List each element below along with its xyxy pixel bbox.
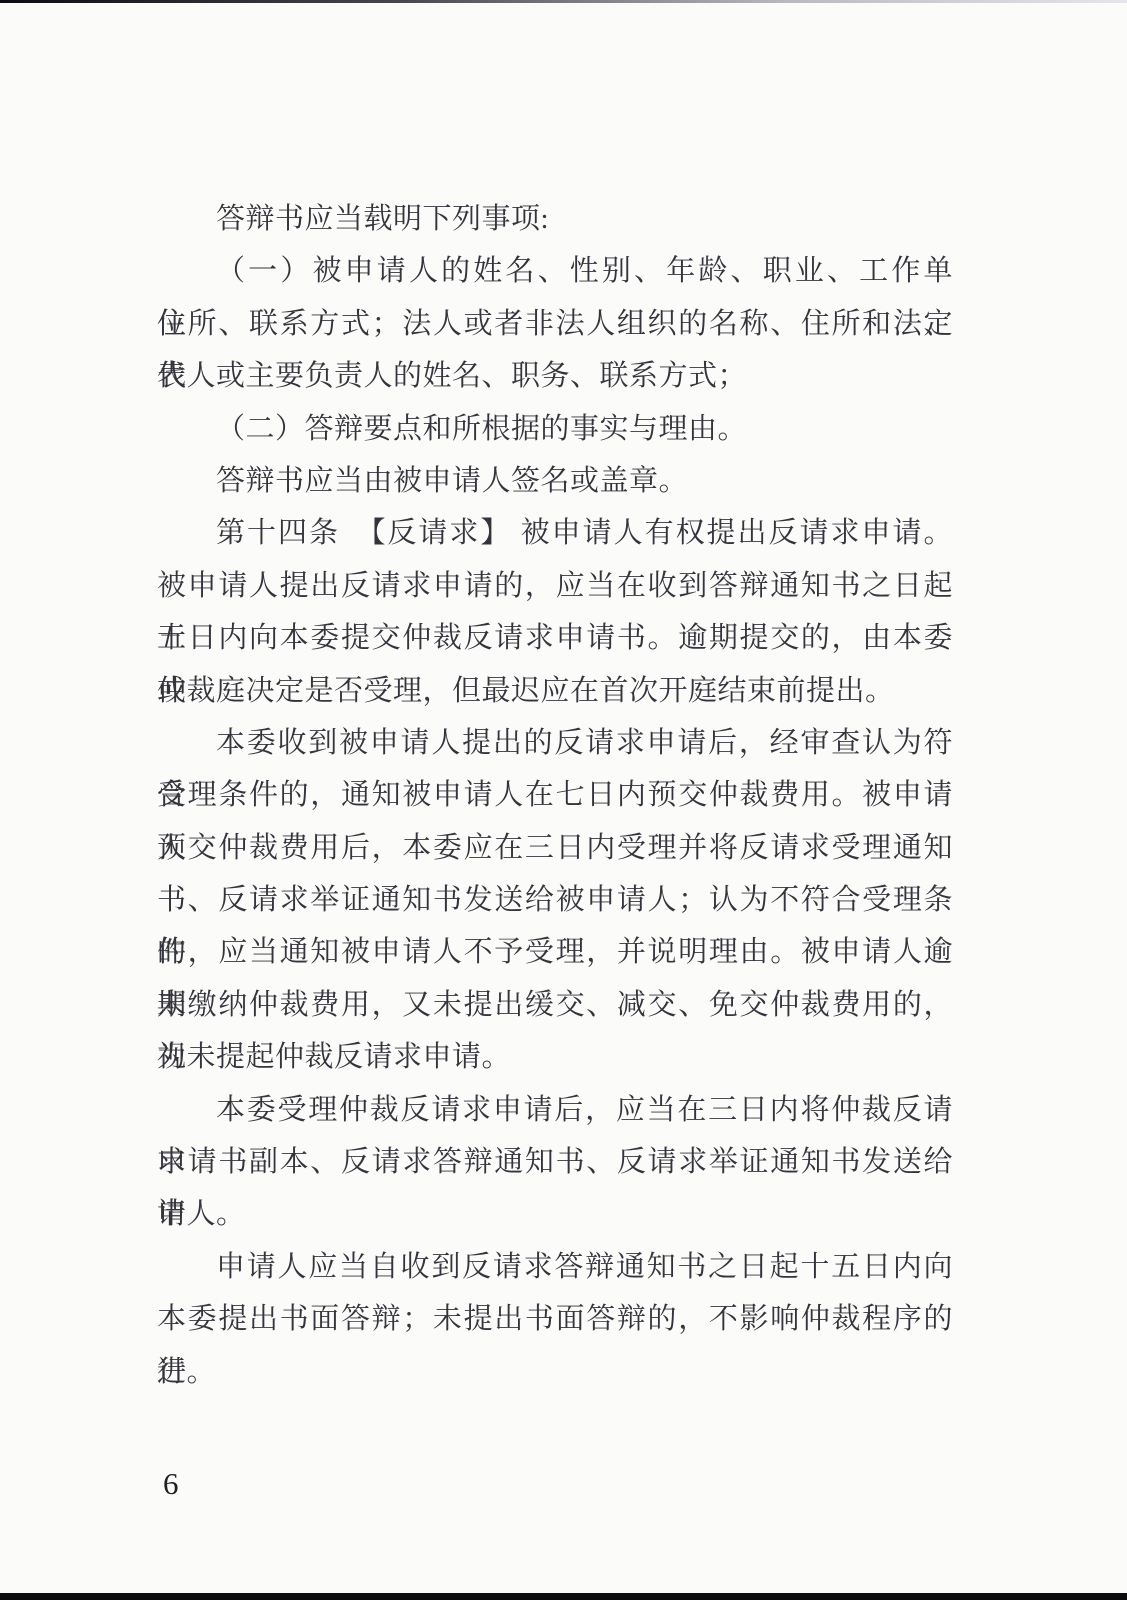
text-line-9: 五日内向本委提交仲裁反请求申请书。逾期提交的，由本委或 [157, 612, 953, 664]
text-line-20: 请人。 [157, 1188, 953, 1240]
text-line-7: 第十四条 【反请求】 被申请人有权提出反请求申请。 [157, 507, 953, 559]
page-number: 6 [163, 1466, 179, 1502]
text-line-10: 仲裁庭决定是否受理，但最迟应在首次开庭结束前提出。 [157, 665, 953, 717]
body-text: 答辩书应当载明下列事项: （一）被申请人的姓名、性别、年龄、职业、工作单位、 住… [157, 193, 953, 1398]
text-line-19: 申请书副本、反请求答辩通知书、反请求举证通知书发送给申 [157, 1136, 953, 1188]
text-line-4: 表人或主要负责人的姓名、职务、联系方式； [157, 350, 953, 402]
text-line-6: 答辩书应当由被申请人签名或盖章。 [157, 455, 953, 507]
text-line-5: （二）答辩要点和所根据的事实与理由。 [157, 403, 953, 455]
text-line-22: 本委提出书面答辩；未提出书面答辩的，不影响仲裁程序的进 [157, 1293, 953, 1345]
text-line-13: 预交仲裁费用后，本委应在三日内受理并将反请求受理通知 [157, 822, 953, 874]
text-line-15: 的，应当通知被申请人不予受理，并说明理由。被申请人逾期 [157, 926, 953, 978]
text-line-8: 被申请人提出反请求申请的，应当在收到答辩通知书之日起十 [157, 560, 953, 612]
text-line-21: 申请人应当自收到反请求答辩通知书之日起十五日内向 [157, 1241, 953, 1293]
document-page: 答辩书应当载明下列事项: （一）被申请人的姓名、性别、年龄、职业、工作单位、 住… [0, 0, 1127, 1600]
text-line-11: 本委收到被申请人提出的反请求申请后，经审查认为符合 [157, 717, 953, 769]
scan-edge-bottom [0, 1593, 1127, 1600]
text-line-23: 行。 [157, 1346, 953, 1398]
scan-edge-top [0, 0, 1127, 3]
text-line-2: （一）被申请人的姓名、性别、年龄、职业、工作单位、 [157, 245, 953, 297]
text-line-16: 未缴纳仲裁费用，又未提出缓交、减交、免交仲裁费用的，视 [157, 979, 953, 1031]
text-line-17: 为未提起仲裁反请求申请。 [157, 1031, 953, 1083]
text-line-12: 受理条件的，通知被申请人在七日内预交仲裁费用。被申请人 [157, 769, 953, 821]
text-line-14: 书、反请求举证通知书发送给被申请人；认为不符合受理条件 [157, 874, 953, 926]
text-line-1: 答辩书应当载明下列事项: [157, 193, 953, 245]
text-line-18: 本委受理仲裁反请求申请后，应当在三日内将仲裁反请求 [157, 1084, 953, 1136]
text-line-3: 住所、联系方式；法人或者非法人组织的名称、住所和法定代 [157, 298, 953, 350]
